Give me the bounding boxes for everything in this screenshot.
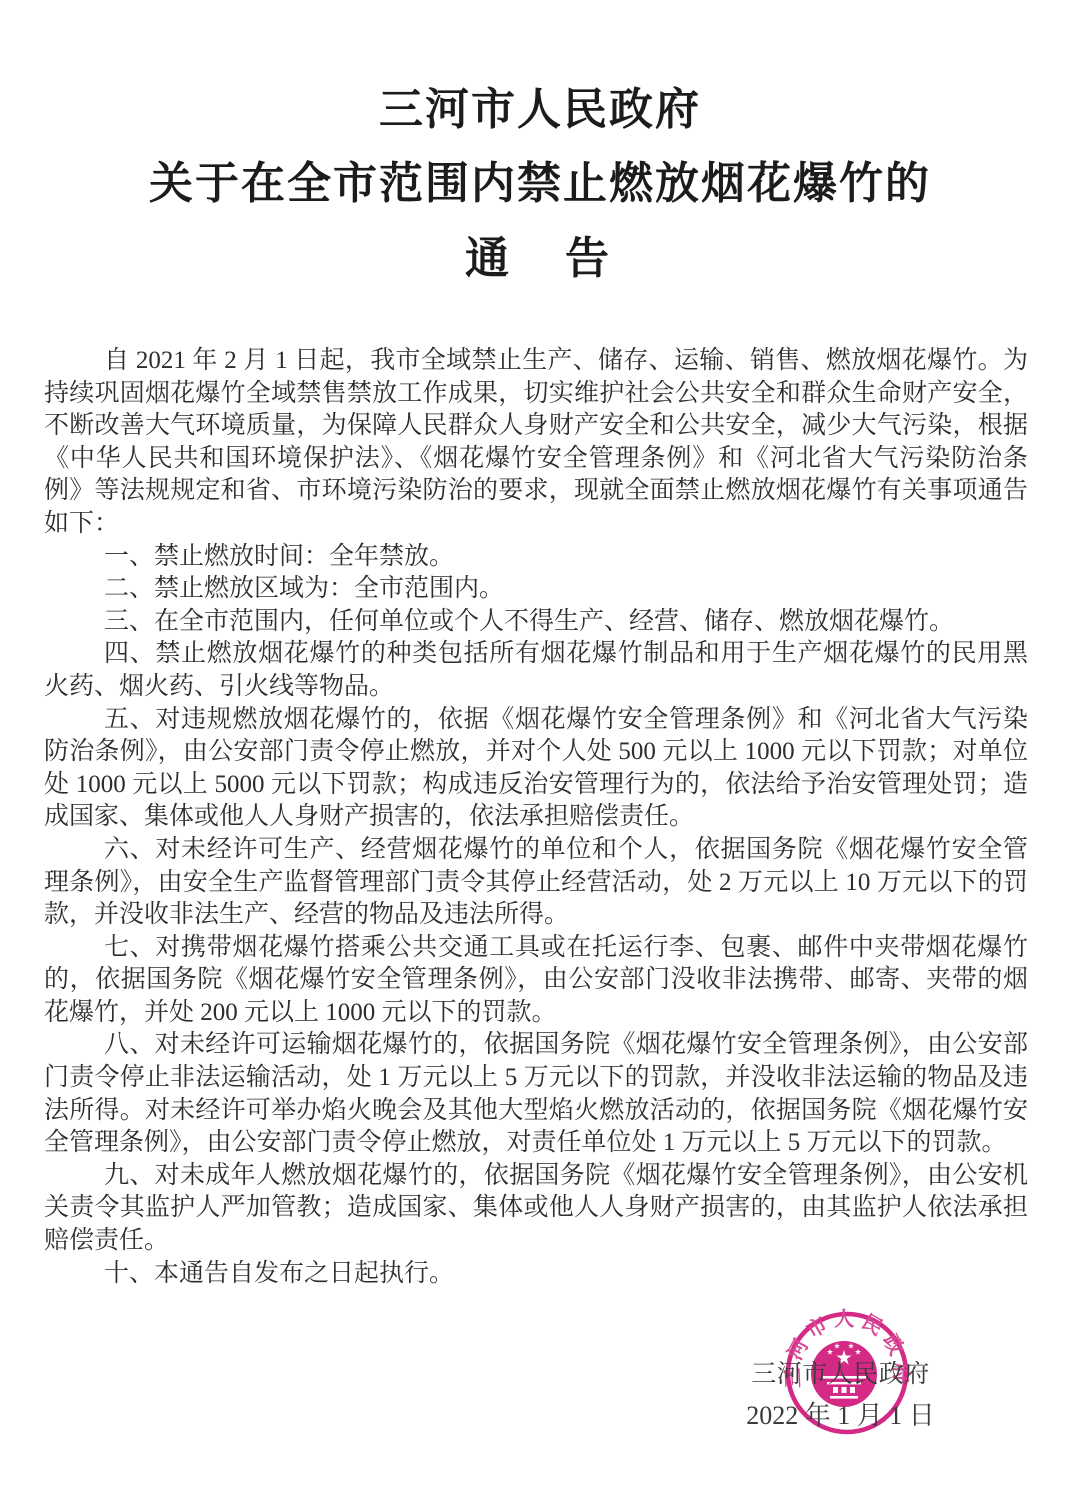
document-title-type: 通 告 [0,233,1080,285]
intro-paragraph: 自 2021 年 2 月 1 日起，我市全域禁止生产、储存、运输、销售、燃放烟花… [44,345,1028,541]
notice-body: 自 2021 年 2 月 1 日起，我市全域禁止生产、储存、运输、销售、燃放烟花… [44,345,1028,1290]
notice-item-6: 六、对未经许可生产、经营烟花爆竹的单位和个人，依据国务院《烟花爆竹安全管理条例》… [44,834,1028,932]
signature-name: 三河市人民政府 [718,1360,963,1390]
notice-item-1: 一、禁止燃放时间：全年禁放。 [44,541,1028,574]
document-title-org: 三河市人民政府 [0,84,1080,136]
notice-item-2: 二、禁止燃放区域为：全市范围内。 [44,573,1028,606]
signature-date: 2022 年 1 月 1 日 [718,1401,963,1431]
notice-item-7: 七、对携带烟花爆竹搭乘公共交通工具或在托运行李、包裹、邮件中夹带烟花爆竹的，依据… [44,932,1028,1030]
notice-document: 三河市人民政府 关于在全市范围内禁止燃放烟花爆竹的 通 告 自 2021 年 2… [0,0,1080,1494]
notice-item-4: 四、禁止燃放烟花爆竹的种类包括所有烟花爆竹制品和用于生产烟花爆竹的民用黑火药、烟… [44,638,1028,703]
notice-item-3: 三、在全市范围内，任何单位或个人不得生产、经营、储存、燃放烟花爆竹。 [44,606,1028,639]
document-title-subject: 关于在全市范围内禁止燃放烟花爆竹的 [0,158,1080,210]
notice-item-9: 九、对未成年人燃放烟花爆竹的，依据国务院《烟花爆竹安全管理条例》，由公安机关责令… [44,1160,1028,1258]
signature-block: 三河市人民政府 2022 年 1 月 1 日 [718,1360,963,1431]
notice-item-8: 八、对未经许可运输烟花爆竹的，依据国务院《烟花爆竹安全管理条例》，由公安部门责令… [44,1029,1028,1159]
document-title: 三河市人民政府 关于在全市范围内禁止燃放烟花爆竹的 通 告 [0,0,1080,285]
notice-item-10: 十、本通告自发布之日起执行。 [44,1258,1028,1291]
notice-item-5: 五、对违规燃放烟花爆竹的，依据《烟花爆竹安全管理条例》和《河北省大气污染防治条例… [44,704,1028,834]
